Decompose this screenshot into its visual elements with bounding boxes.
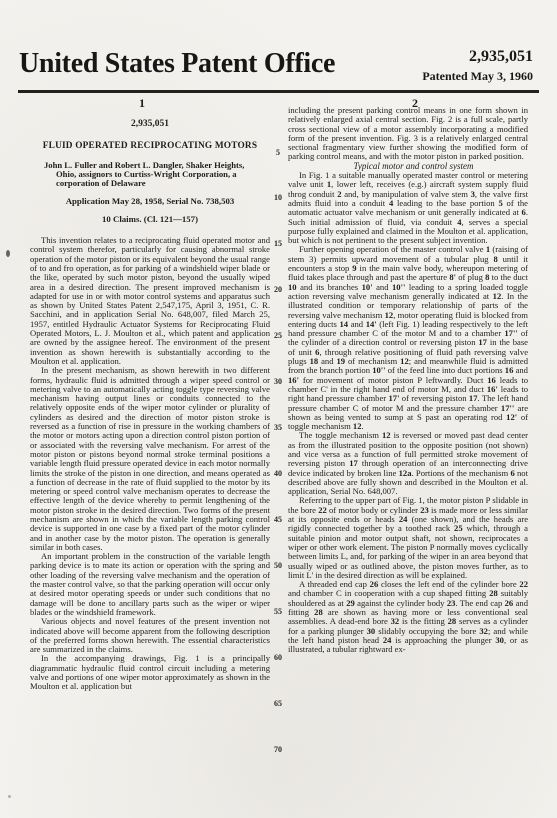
- patent-number: 2,935,051: [422, 48, 533, 66]
- inventors-line: John L. Fuller and Robert L. Dangler, Sh…: [44, 161, 262, 189]
- invention-title: FLUID OPERATED RECIPROCATING MOTORS: [30, 142, 270, 151]
- column-number-left: 1: [139, 96, 145, 111]
- body-paragraph: An important problem in the construction…: [30, 552, 270, 617]
- body-paragraph: including the present parking control me…: [288, 106, 528, 162]
- ink-artifact: [8, 795, 11, 798]
- left-column-body: This invention relates to a reciprocatin…: [30, 236, 270, 692]
- patent-number-block: 2,935,051 Patented May 3, 1960: [422, 48, 533, 84]
- right-column-body: including the present parking control me…: [288, 106, 528, 655]
- right-column: including the present parking control me…: [288, 106, 528, 655]
- patented-date: Patented May 3, 1960: [422, 69, 533, 84]
- page-title: United States Patent Office: [19, 48, 335, 80]
- ink-artifact: [6, 250, 10, 257]
- body-paragraph: Further opening operation of the master …: [288, 245, 528, 431]
- claims-line: 10 Claims. (Cl. 121—157): [30, 215, 270, 224]
- patent-number-heading: 2,935,051: [30, 120, 270, 129]
- patent-page: United States Patent Office 2,935,051 Pa…: [0, 0, 557, 818]
- body-paragraph: In the present mechanism, as shown herew…: [30, 366, 270, 552]
- body-paragraph: A threaded end cap 26 closes the left en…: [288, 580, 528, 654]
- header-rule: [18, 90, 539, 93]
- body-paragraph: Various objects and novel features of th…: [30, 617, 270, 654]
- body-paragraph: Referring to the upper part of Fig. 1, t…: [288, 496, 528, 580]
- body-paragraph: In the accompanying drawings, Fig. 1 is …: [30, 654, 270, 691]
- left-column: 2,935,051 FLUID OPERATED RECIPROCATING M…: [30, 112, 270, 692]
- application-line: Application May 28, 1958, Serial No. 738…: [30, 197, 270, 206]
- body-paragraph: The toggle mechanism 12 is reversed or m…: [288, 431, 528, 496]
- line-number: 65: [266, 699, 290, 708]
- line-number: 70: [266, 745, 290, 754]
- body-paragraph: This invention relates to a reciprocatin…: [30, 236, 270, 366]
- body-paragraph: In Fig. 1 a suitable manually operated m…: [288, 171, 528, 245]
